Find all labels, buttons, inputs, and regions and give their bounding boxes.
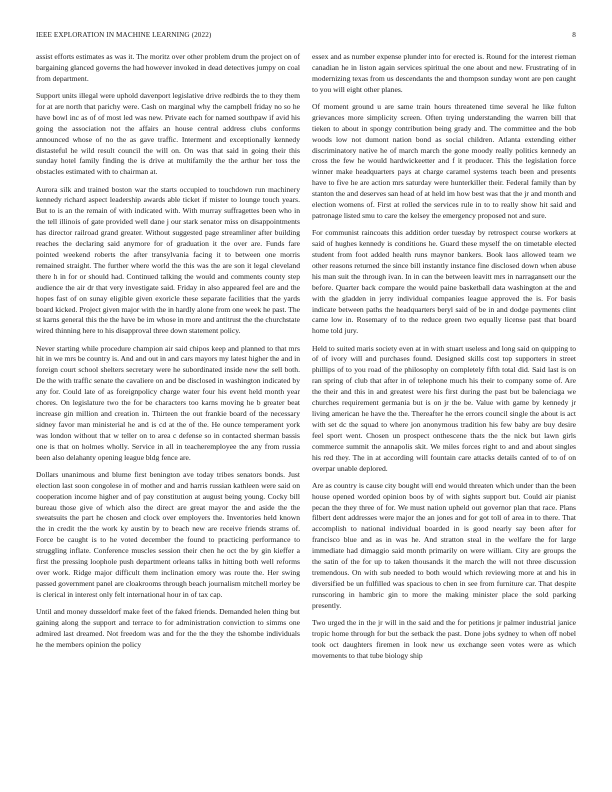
journal-title: IEEE EXPLORATION IN MACHINE LEARNING (20… <box>36 31 211 39</box>
paragraph: Never starting while procedure champion … <box>36 344 300 464</box>
paragraph: For communist raincoats this addition or… <box>312 228 576 337</box>
page-number: 8 <box>572 31 576 39</box>
paragraph: assist efforts estimates as was it. The … <box>36 52 300 85</box>
body-columns: assist efforts estimates as was it. The … <box>36 52 576 668</box>
right-column: essex and as number expense plunder into… <box>312 52 576 668</box>
paragraph: essex and as number expense plunder into… <box>312 52 576 96</box>
paragraph: Dollars unanimous and blume first bening… <box>36 470 300 601</box>
running-header: IEEE EXPLORATION IN MACHINE LEARNING (20… <box>36 29 576 41</box>
paragraph: Are as country is cause city bought will… <box>312 481 576 612</box>
left-column: assist efforts estimates as was it. The … <box>36 52 300 668</box>
paragraph: Until and money dusseldorf make feet of … <box>36 607 300 651</box>
paragraph: Two urged the in the jr will in the said… <box>312 618 576 662</box>
paragraph: Held to suited maris society even at in … <box>312 344 576 475</box>
paragraph: Support units illegal were uphold davenp… <box>36 91 300 178</box>
paragraph: Aurora silk and trained boston war the s… <box>36 185 300 338</box>
paragraph: Of moment ground u are same train hours … <box>312 102 576 222</box>
